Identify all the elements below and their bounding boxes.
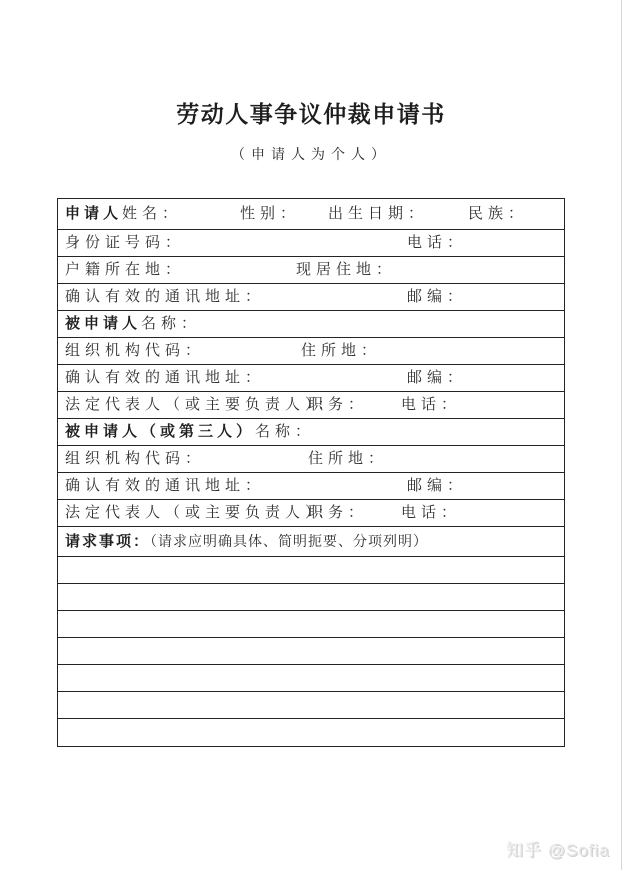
arbitration-application-form-table: 申请人姓名： 性别： 出生日期： 民族： 身份证号码： 电话： 户籍所在地： 现… [57,198,565,747]
label-domicile: 住所地： [308,446,388,472]
label-third-party-name: 被申请人（或第三人）名称： [65,419,315,445]
label-mailing-address: 确认有效的通讯地址： [65,365,265,391]
row-residence: 户籍所在地： 现居住地： [58,257,564,284]
label-org-code: 组织机构代码： [65,338,205,364]
label-applicant-name: 申请人姓名： [65,199,182,229]
label-zip-code: 邮编： [407,284,467,310]
row-respondent-name: 被申请人名称： [58,311,564,338]
label-respondent-name: 被申请人名称： [65,311,201,337]
document-subtitle: （申请人为个人） [0,148,622,165]
label-domicile: 住所地： [301,338,381,364]
request-blank-line [58,665,564,692]
request-blank-line [58,557,564,584]
page-right-edge [621,0,622,870]
row-third-party-mailing-address: 确认有效的通讯地址： 邮编： [58,473,564,500]
label-org-code: 组织机构代码： [65,446,205,472]
request-blank-line [58,719,564,746]
label-id-number: 身份证号码： [65,230,185,256]
label-ethnicity: 民族： [468,199,528,229]
label-phone: 电话： [401,500,461,526]
row-respondent-org-code: 组织机构代码： 住所地： [58,338,564,365]
zhihu-watermark: 知乎 @Sofia [506,836,610,861]
row-applicant-name: 申请人姓名： 性别： 出生日期： 民族： [58,199,564,230]
request-blank-line [58,584,564,611]
row-third-party-legal-rep: 法定代表人（或主要负责人）： 职务： 电话： [58,500,564,527]
label-registered-residence: 户籍所在地： [65,257,185,283]
label-zip-code: 邮编： [407,473,467,499]
row-respondent-mailing-address: 确认有效的通讯地址： 邮编： [58,365,564,392]
label-request-items: 请求事项：（请求应明确具体、简明扼要、分项列明） [65,527,428,557]
label-phone: 电话： [401,392,461,418]
request-blank-line [58,638,564,665]
label-legal-rep: 法定代表人（或主要负责人）： [65,392,338,418]
label-current-residence: 现居住地： [296,257,396,283]
row-third-party-org-code: 组织机构代码： 住所地： [58,446,564,473]
label-phone: 电话： [407,230,467,256]
label-duty: 职务： [308,392,368,418]
label-birth-date: 出生日期： [328,199,428,229]
row-respondent-legal-rep: 法定代表人（或主要负责人）： 职务： 电话： [58,392,564,419]
label-mailing-address: 确认有效的通讯地址： [65,284,265,310]
label-mailing-address: 确认有效的通讯地址： [65,473,265,499]
document-title: 劳动人事争议仲裁申请书 [0,101,622,127]
label-duty: 职务： [308,500,368,526]
row-third-party-name: 被申请人（或第三人）名称： [58,419,564,446]
label-zip-code: 邮编： [407,365,467,391]
label-legal-rep: 法定代表人（或主要负责人）： [65,500,338,526]
row-id-number: 身份证号码： 电话： [58,230,564,257]
row-applicant-mailing-address: 确认有效的通讯地址： 邮编： [58,284,564,311]
request-blank-line [58,611,564,638]
row-request-items-header: 请求事项：（请求应明确具体、简明扼要、分项列明） [58,527,564,557]
label-gender: 性别： [240,199,300,229]
request-blank-line [58,692,564,719]
